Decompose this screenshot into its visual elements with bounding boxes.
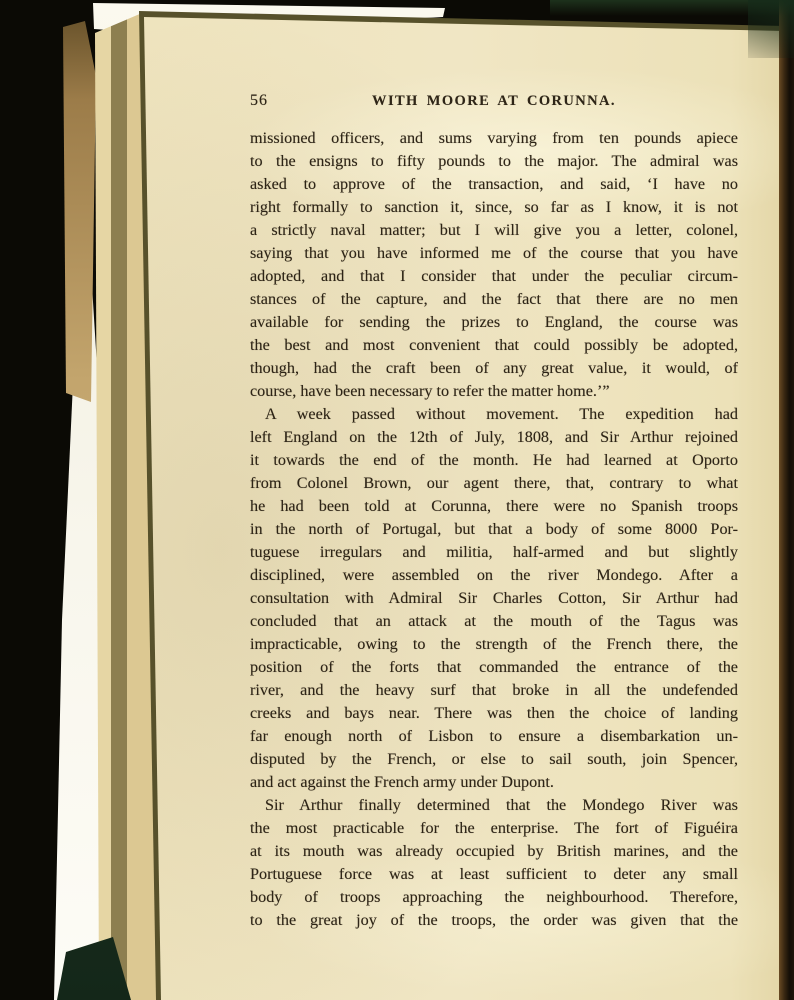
text-line: in the north of Portugal, but that a bod… <box>250 518 738 541</box>
text-line: adopted, and that I consider that under … <box>250 265 738 288</box>
text-line: saying that you have informed me of the … <box>250 242 738 265</box>
text-line: consultation with Admiral Sir Charles Co… <box>250 587 738 610</box>
text-line: right formally to sanction it, since, so… <box>250 196 738 219</box>
text-line: though, had the craft been of any great … <box>250 357 738 380</box>
text-line: at its mouth was already occupied by Bri… <box>250 840 738 863</box>
text-line: position of the forts that commanded the… <box>250 656 738 679</box>
text-line: concluded that an attack at the mouth of… <box>250 610 738 633</box>
text-line: he had been told at Corunna, there were … <box>250 495 738 518</box>
text-line: impracticable, owing to the strength of … <box>250 633 738 656</box>
page-header: 56 WITH MOORE AT CORUNNA. <box>250 91 738 113</box>
text-line: missioned officers, and sums varying fro… <box>250 127 738 150</box>
text-line: to the ensigns to fifty pounds to the ma… <box>250 150 738 173</box>
text-line: to the great joy of the troops, the orde… <box>250 909 738 932</box>
text-column: missioned officers, and sums varying fro… <box>250 127 738 932</box>
text-line: river, and the heavy surf that broke in … <box>250 679 738 702</box>
text-line: from Colonel Brown, our agent there, tha… <box>250 472 738 495</box>
text-line: disputed by the French, or else to sail … <box>250 748 738 771</box>
text-line: far enough north of Lisbon to ensure a d… <box>250 725 738 748</box>
text-line: available for sending the prizes to Engl… <box>250 311 738 334</box>
text-line: Sir Arthur finally determined that the M… <box>250 794 738 817</box>
text-line: stances of the capture, and the fact tha… <box>250 288 738 311</box>
text-line: the best and most convenient that could … <box>250 334 738 357</box>
text-line: and act against the French army under Du… <box>250 771 738 794</box>
book-spine-strip <box>779 0 794 1000</box>
running-head: WITH MOORE AT CORUNNA. <box>250 93 738 110</box>
text-line: disciplined, were assembled on the river… <box>250 564 738 587</box>
text-line: asked to approve of the transaction, and… <box>250 173 738 196</box>
text-line: it towards the end of the month. He had … <box>250 449 738 472</box>
book-photo: 56 WITH MOORE AT CORUNNA. missioned offi… <box>0 0 794 1000</box>
text-line: course, have been necessary to refer the… <box>250 380 738 403</box>
text-line: a strictly naval matter; but I will give… <box>250 219 738 242</box>
text-line: body of troops approaching the neighbour… <box>250 886 738 909</box>
text-line: tuguese irregulars and militia, half-arm… <box>250 541 738 564</box>
text-line: the most practicable for the enterprise.… <box>250 817 738 840</box>
text-line: creeks and bays near. There was then the… <box>250 702 738 725</box>
cover-cloth-top-right <box>748 0 794 58</box>
text-line: left England on the 12th of July, 1808, … <box>250 426 738 449</box>
text-line: A week passed without movement. The expe… <box>250 403 738 426</box>
text-line: Portuguese force was at least sufficient… <box>250 863 738 886</box>
